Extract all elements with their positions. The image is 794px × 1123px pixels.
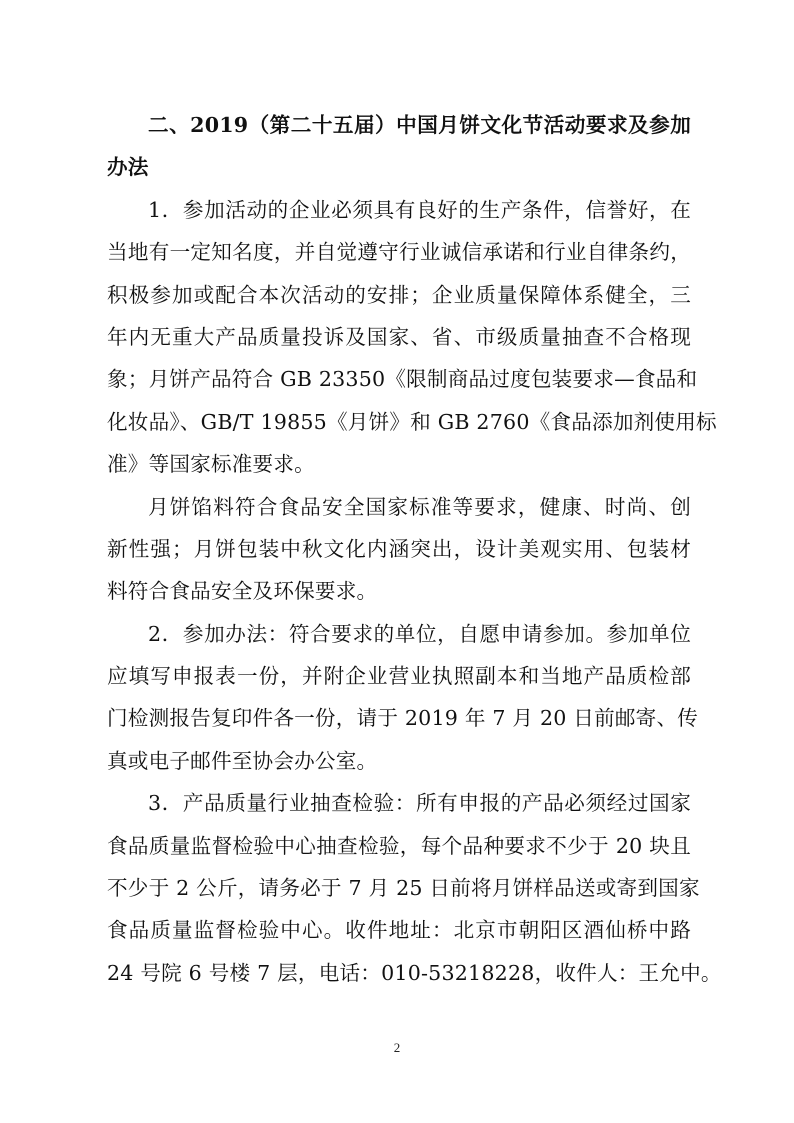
paragraph-line: 食品质量监督检验中心抽查检验，每个品种要求不少于 20 块且 <box>107 825 691 867</box>
paragraph-line: 新性强；月饼包装中秋文化内涵突出，设计美观实用、包装材 <box>107 528 691 570</box>
paragraph-line: 准》等国家标准要求。 <box>107 443 691 485</box>
heading-line: 办法 <box>107 146 691 188</box>
paragraph-line: 当地有一定知名度，并自觉遵守行业诚信承诺和行业自律条约， <box>107 231 691 273</box>
paragraph-line: 积极参加或配合本次活动的安排；企业质量保障体系健全，三 <box>107 274 691 316</box>
document-body: 二、2019（第二十五届）中国月饼文化节活动要求及参加 办法 1．参加活动的企业… <box>107 104 691 994</box>
paragraph-line: 3．产品质量行业抽查检验：所有申报的产品必须经过国家 <box>107 782 691 824</box>
paragraph-line: 食品质量监督检验中心。收件地址：北京市朝阳区酒仙桥中路 <box>107 909 691 951</box>
paragraph-line: 1．参加活动的企业必须具有良好的生产条件，信誉好，在 <box>107 189 691 231</box>
paragraph-requirements: 1．参加活动的企业必须具有良好的生产条件，信誉好，在 当地有一定知名度，并自觉遵… <box>107 189 691 486</box>
paragraph-line: 真或电子邮件至协会办公室。 <box>107 740 691 782</box>
paragraph-line: 门检测报告复印件各一份，请于 2019 年 7 月 20 日前邮寄、传 <box>107 697 691 739</box>
paragraph-line: 24 号院 6 号楼 7 层，电话：010-53218228，收件人：王允中。 <box>107 952 691 994</box>
section-heading: 二、2019（第二十五届）中国月饼文化节活动要求及参加 办法 <box>107 104 691 189</box>
paragraph-line: 月饼馅料符合食品安全国家标准等要求，健康、时尚、创 <box>107 486 691 528</box>
paragraph-line: 2．参加办法：符合要求的单位，自愿申请参加。参加单位 <box>107 613 691 655</box>
paragraph-line: 不少于 2 公斤，请务必于 7 月 25 日前将月饼样品送或寄到国家 <box>107 867 691 909</box>
paragraph-quality-inspection: 3．产品质量行业抽查检验：所有申报的产品必须经过国家 食品质量监督检验中心抽查检… <box>107 782 691 994</box>
paragraph-line: 应填写申报表一份，并附企业营业执照副本和当地产品质检部 <box>107 655 691 697</box>
paragraph-filling-packaging: 月饼馅料符合食品安全国家标准等要求，健康、时尚、创 新性强；月饼包装中秋文化内涵… <box>107 486 691 613</box>
document-page: 二、2019（第二十五届）中国月饼文化节活动要求及参加 办法 1．参加活动的企业… <box>0 0 794 1123</box>
paragraph-line: 料符合食品安全及环保要求。 <box>107 570 691 612</box>
heading-line: 二、2019（第二十五届）中国月饼文化节活动要求及参加 <box>107 104 691 146</box>
paragraph-line: 象；月饼产品符合 GB 23350《限制商品过度包装要求—食品和 <box>107 358 691 400</box>
paragraph-line: 化妆品》、GB/T 19855《月饼》和 GB 2760《食品添加剂使用标 <box>107 401 691 443</box>
page-number: 2 <box>0 1040 794 1056</box>
paragraph-line: 年内无重大产品质量投诉及国家、省、市级质量抽查不合格现 <box>107 316 691 358</box>
paragraph-participation-method: 2．参加办法：符合要求的单位，自愿申请参加。参加单位 应填写申报表一份，并附企业… <box>107 613 691 783</box>
